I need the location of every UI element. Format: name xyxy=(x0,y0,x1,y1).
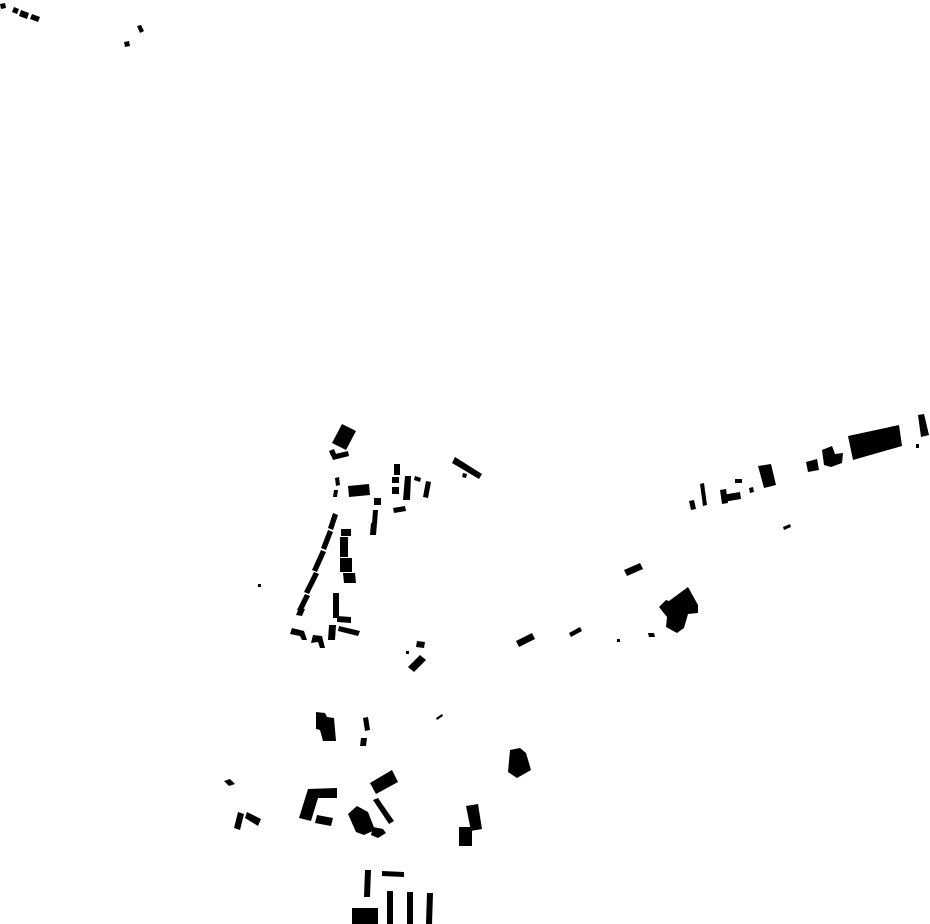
map-canvas xyxy=(0,0,930,924)
building xyxy=(387,891,393,924)
building xyxy=(370,523,377,535)
building-footprint-map xyxy=(0,0,930,924)
building xyxy=(407,892,413,924)
building xyxy=(337,616,351,623)
building xyxy=(416,641,425,648)
building xyxy=(735,479,742,483)
building xyxy=(392,477,399,483)
building xyxy=(124,41,130,47)
building xyxy=(340,537,348,557)
building xyxy=(364,870,371,897)
building xyxy=(394,464,400,475)
building xyxy=(459,827,472,846)
building xyxy=(648,633,655,637)
building xyxy=(406,651,409,654)
building xyxy=(374,498,381,505)
building xyxy=(333,593,339,618)
building xyxy=(617,639,620,642)
building xyxy=(916,444,919,448)
building xyxy=(258,584,261,587)
map-background xyxy=(0,0,930,924)
building xyxy=(340,558,352,572)
building xyxy=(372,510,378,524)
building xyxy=(348,484,370,497)
building xyxy=(328,625,336,640)
building xyxy=(392,487,399,494)
building xyxy=(341,529,351,536)
building xyxy=(0,3,6,9)
building xyxy=(343,573,356,583)
building xyxy=(382,871,404,877)
building xyxy=(352,908,378,924)
building xyxy=(426,893,433,924)
building xyxy=(360,738,367,746)
